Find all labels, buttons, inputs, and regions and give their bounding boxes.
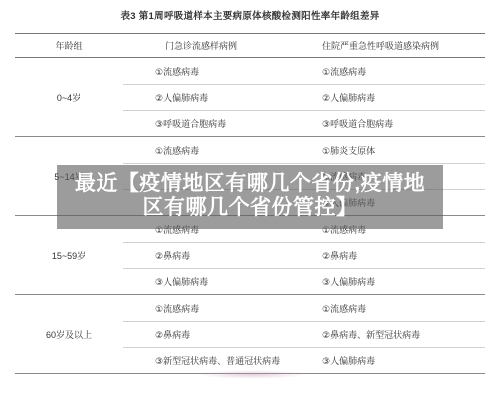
inpatient-rank-2: ②人偏肺病毒 [320, 91, 485, 104]
inpatient-rank-1: ①流感病毒 [320, 302, 485, 315]
outpatient-rank-3: ③呼吸道合胞病毒 [123, 117, 320, 130]
inpatient-rank-3: ③人偏肺病毒 [320, 354, 485, 367]
rank-row: ①流感病毒 ①流感病毒 [123, 295, 485, 321]
outpatient-rank-3: ③新型冠状病毒、普通冠状病毒 [123, 354, 320, 367]
outpatient-rank-1: ①流感病毒 [123, 65, 320, 78]
table-title: 表3 第1周呼吸道样本主要病原体核酸检测阳性率年龄组差异 [0, 8, 500, 22]
outpatient-rank-2: ②鼻病毒 [123, 328, 320, 341]
caption-overlay-banner: 最近【疫情地区有哪几个省份,疫情地 区有哪几个省份管控】 [57, 165, 443, 229]
column-header-outpatient-ili: 门急诊流感样病例 [123, 39, 320, 52]
inpatient-rank-2: ②鼻病毒、新型冠状病毒 [320, 328, 485, 341]
rank-row: ①流感病毒 ①流感病毒 [123, 58, 485, 84]
rank-row: ③人偏肺病毒 ③人偏肺病毒 [123, 268, 485, 294]
inpatient-rank-1: ①肺炎支原体 [320, 144, 485, 157]
inpatient-rank-3: ③呼吸道合胞病毒 [320, 117, 485, 130]
age-group-label: 0~4岁 [15, 58, 123, 136]
rank-row: ③新型冠状病毒、普通冠状病毒 ③人偏肺病毒 [123, 347, 485, 373]
article-image: 表3 第1周呼吸道样本主要病原体核酸检测阳性率年龄组差异 年龄组 门急诊流感样病… [0, 0, 500, 393]
inpatient-rank-2: ②鼻病毒 [320, 249, 485, 262]
rank-row: ②鼻病毒 ②鼻病毒、新型冠状病毒 [123, 321, 485, 347]
rank-row: ①流感病毒 ①肺炎支原体 [123, 137, 485, 163]
outpatient-rank-3: ③人偏肺病毒 [123, 275, 320, 288]
caption-line-1: 最近【疫情地区有哪几个省份,疫情地 [57, 172, 443, 196]
outpatient-rank-2: ②人偏肺病毒 [123, 91, 320, 104]
caption-line-2: 区有哪几个省份管控】 [57, 196, 443, 220]
rank-row: ②人偏肺病毒 ②人偏肺病毒 [123, 84, 485, 110]
age-group-row-0-4: 0~4岁 ①流感病毒 ①流感病毒 ②人偏肺病毒 ②人偏肺病毒 ③呼吸道合胞病毒 … [15, 58, 485, 137]
inpatient-rank-1: ①流感病毒 [320, 65, 485, 78]
age-group-label: 60岁及以上 [15, 295, 123, 373]
column-header-inpatient-sari: 住院严重急性呼吸道感染病例 [320, 39, 485, 52]
inpatient-rank-3: ③人偏肺病毒 [320, 275, 485, 288]
column-header-age-group: 年龄组 [15, 39, 123, 52]
age-group-row-60-plus: 60岁及以上 ①流感病毒 ①流感病毒 ②鼻病毒 ②鼻病毒、新型冠状病毒 ③新型冠… [15, 295, 485, 374]
outpatient-rank-2: ②鼻病毒 [123, 249, 320, 262]
outpatient-rank-1: ①流感病毒 [123, 144, 320, 157]
rank-row: ③呼吸道合胞病毒 ③呼吸道合胞病毒 [123, 110, 485, 136]
table-header-row: 年龄组 门急诊流感样病例 住院严重急性呼吸道感染病例 [15, 33, 485, 58]
rank-row: ②鼻病毒 ②鼻病毒 [123, 242, 485, 268]
outpatient-rank-1: ①流感病毒 [123, 302, 320, 315]
